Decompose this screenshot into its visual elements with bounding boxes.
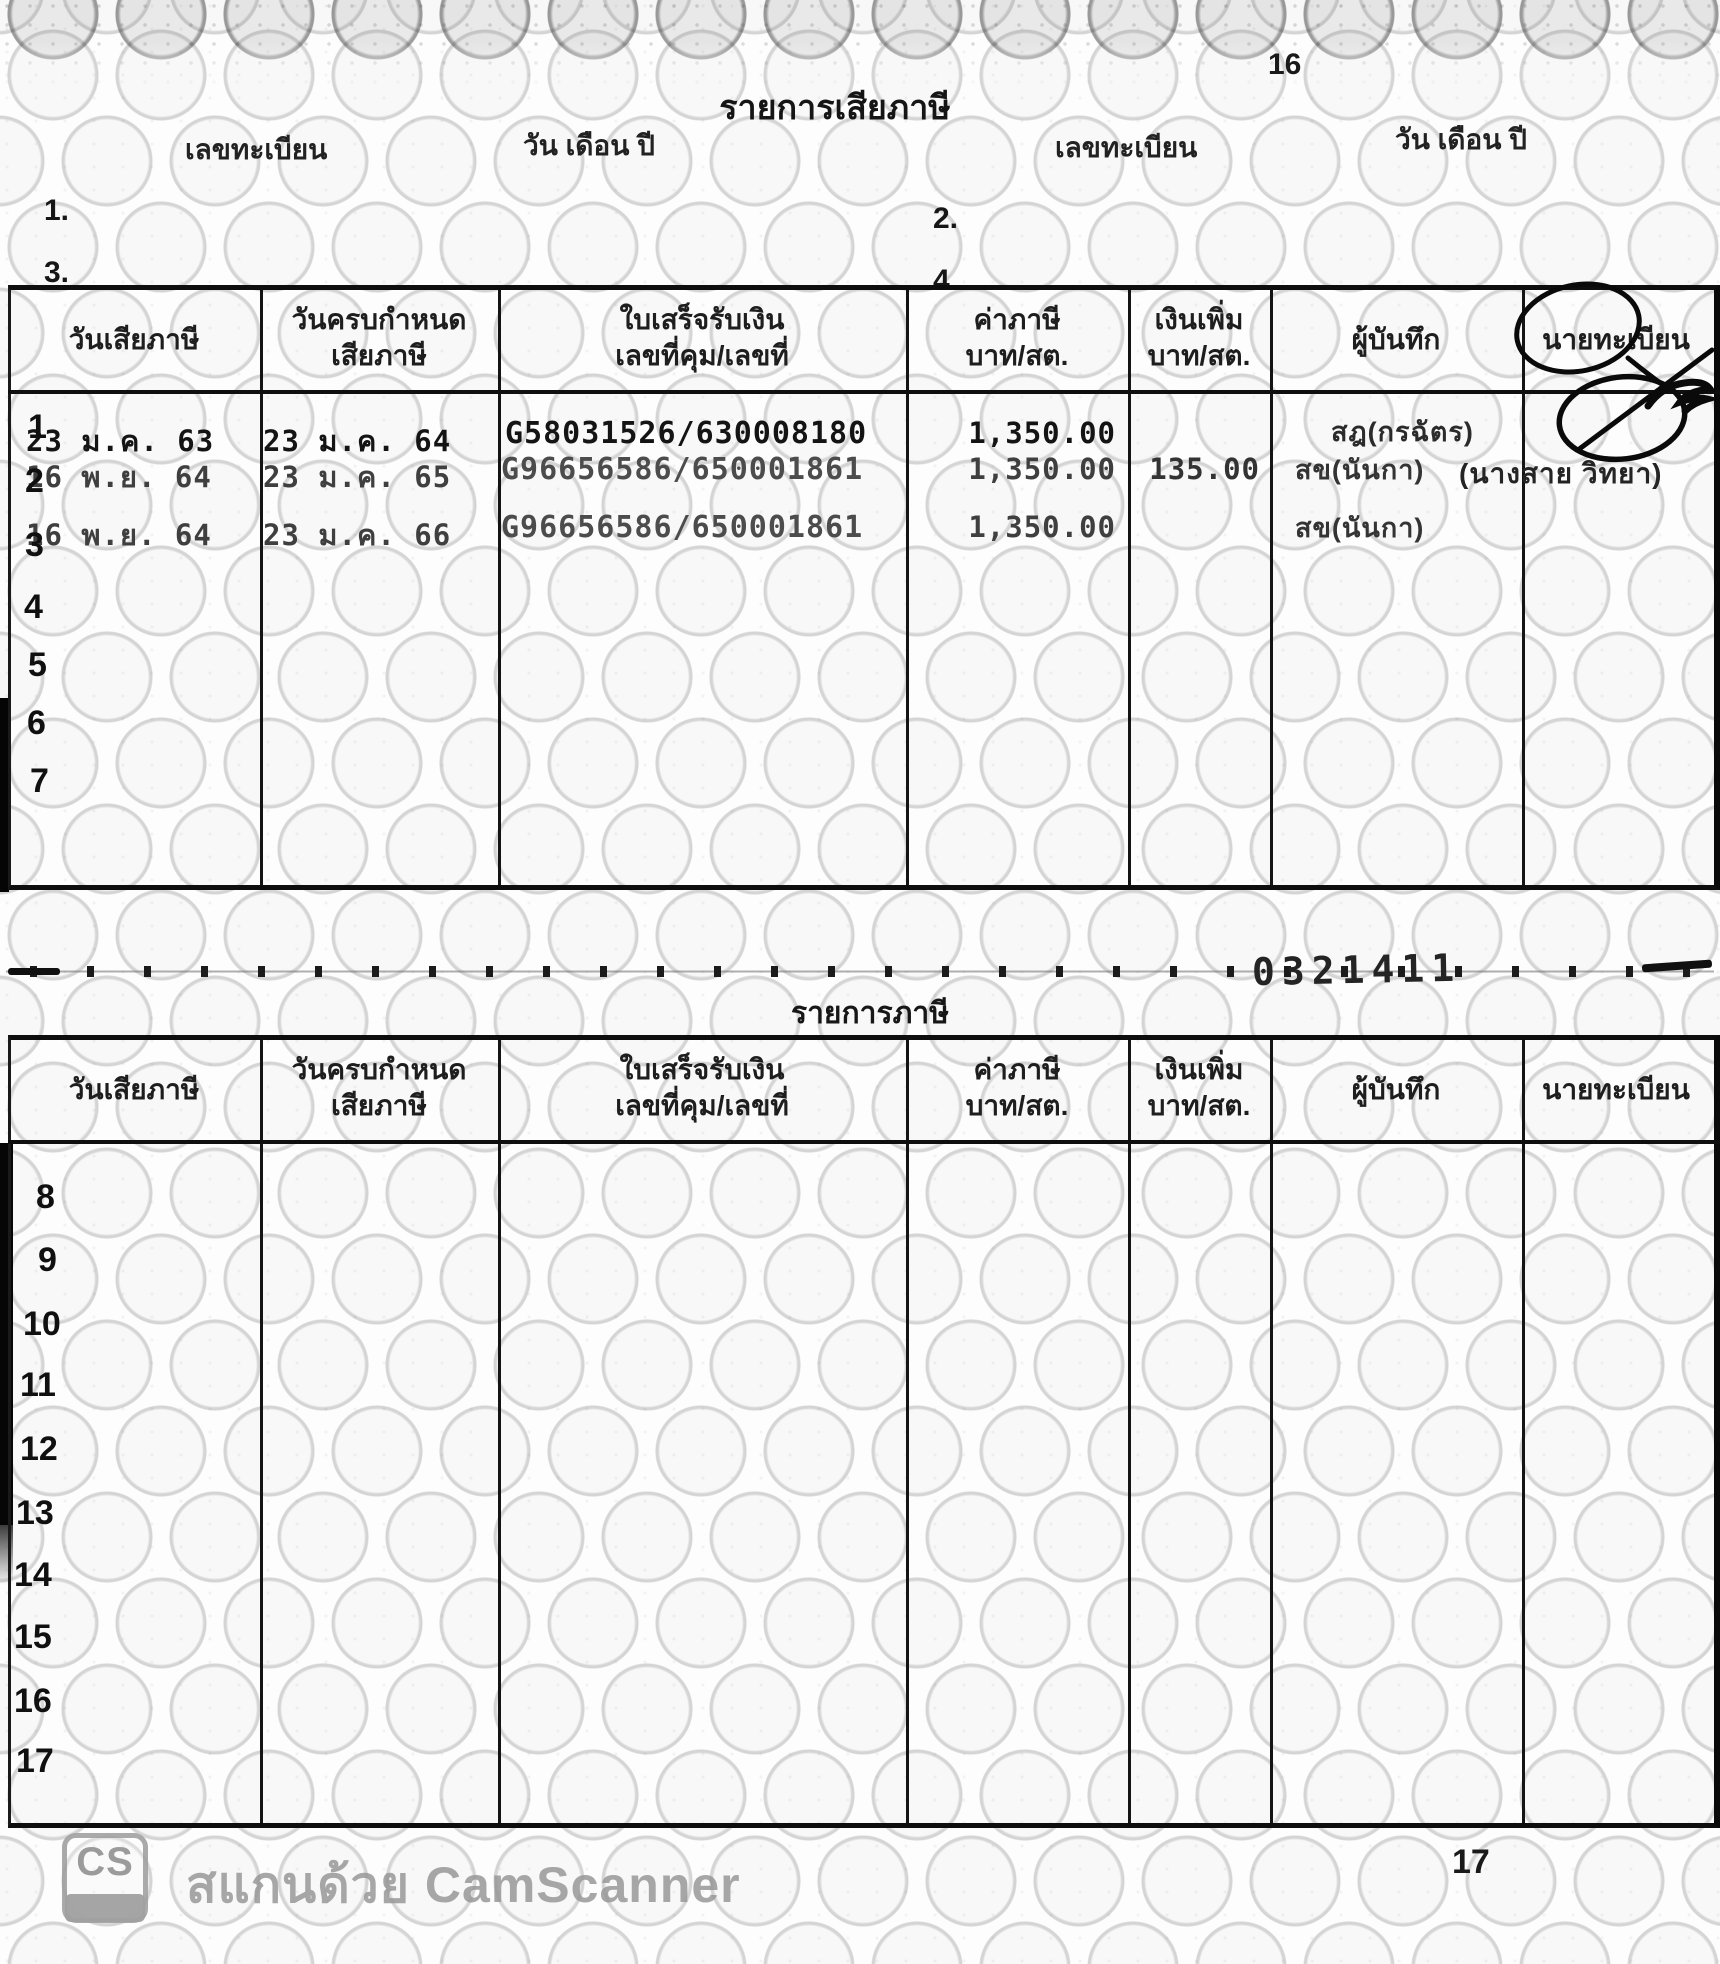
cell-receipt-no: G58031526/630008180: [505, 416, 867, 451]
row-number: 11: [20, 1366, 56, 1405]
column-header-tax: ค่าภาษี บาท/สต.: [917, 302, 1117, 375]
column-header-surcharge: เงินเพิ่ม บาท/สต.: [1124, 1052, 1274, 1125]
cell-recorder: สข(นันกา): [1295, 506, 1424, 549]
row-number: 9: [38, 1241, 57, 1280]
column-line: [906, 290, 909, 885]
row-number: 3: [25, 526, 44, 565]
document-stamp-number: 0321411: [1252, 946, 1462, 994]
column-line: [260, 290, 263, 885]
row-number: 16: [14, 1682, 52, 1721]
row-number: 10: [23, 1305, 61, 1344]
tax-table-bottom: วันเสียภาษี วันครบกำหนด เสียภาษี ใบเสร็จ…: [8, 1035, 1720, 1828]
row-number: 7: [30, 762, 49, 801]
column-line: [1522, 1040, 1525, 1823]
row-number: 14: [14, 1556, 52, 1595]
camscanner-watermark-text: สแกนด้วย CamScanner: [186, 1846, 741, 1925]
page-title: รายการเสียภาษี: [690, 80, 980, 134]
column-line: [1128, 1040, 1131, 1823]
bottom-page-number: 17: [1452, 1843, 1490, 1882]
camscanner-logo-icon: CS: [62, 1833, 148, 1923]
header-separator-line: [8, 1140, 1720, 1144]
cell-date-due: 23 ม.ค. 66: [263, 512, 451, 558]
column-header-tax: ค่าภาษี บาท/สต.: [917, 1052, 1117, 1125]
line-number-2: 2.: [933, 202, 958, 236]
cell-receipt-no: G96656586/650001861: [501, 452, 863, 487]
column-line: [1270, 290, 1273, 885]
column-header-registrar: นายทะเบียน: [1516, 1072, 1716, 1108]
camscanner-logo-letters: CS: [67, 1840, 143, 1885]
row-number: 13: [16, 1494, 54, 1533]
column-line: [260, 1040, 263, 1823]
row-number: 2: [25, 462, 44, 501]
column-header-date-paid: วันเสียภาษี: [14, 322, 254, 358]
header-separator-line: [8, 390, 1720, 394]
stitch-left-cap: [8, 968, 60, 975]
column-header-date-due: วันครบกำหนด เสียภาษี: [259, 1052, 499, 1125]
registrar-signature-scribble: [1490, 268, 1720, 478]
column-header-date-due: วันครบกำหนด เสียภาษี: [259, 302, 499, 375]
column-header-date-paid: วันเสียภาษี: [14, 1072, 254, 1108]
cell-surcharge: 135.00: [1105, 452, 1260, 486]
column-header-receipt: ใบเสร็จรับเงิน เลขที่คุม/เลขที่: [542, 1052, 862, 1125]
cell-recorder: สฎ(กรฉัตร): [1331, 410, 1474, 453]
line-number-1: 1.: [44, 194, 69, 228]
date-label-left: วัน เดือน ปี: [523, 124, 655, 168]
registration-label-right: เลขทะเบียน: [1055, 126, 1197, 170]
column-line: [498, 290, 501, 885]
cell-recorder: สข(นันกา): [1295, 448, 1424, 491]
top-page-number: 16: [1268, 48, 1301, 82]
column-line: [906, 1040, 909, 1823]
column-header-recorder: ผู้บันทึก: [1286, 1072, 1506, 1108]
tax-table-top: วันเสียภาษี วันครบกำหนด เสียภาษี ใบเสร็จ…: [8, 285, 1720, 890]
column-line: [1270, 1040, 1273, 1823]
cell-date-paid: 16 พ.ย. 64: [26, 512, 212, 558]
cell-receipt-no: G96656586/650001861: [501, 510, 863, 545]
row-number: 1: [28, 408, 47, 447]
section-title: รายการภาษี: [770, 990, 970, 1037]
row-number: 15: [14, 1618, 52, 1657]
column-line: [498, 1040, 501, 1823]
row-number: 8: [36, 1178, 55, 1217]
cell-tax-amount: 1,350.00: [861, 510, 1116, 544]
cell-tax-amount: 1,350.00: [861, 452, 1116, 486]
row-number: 6: [27, 704, 46, 743]
camscanner-logo-bar: [65, 1894, 145, 1922]
row-number: 4: [24, 588, 43, 627]
date-label-right: วัน เดือน ปี: [1395, 118, 1527, 162]
column-header-recorder: ผู้บันทึก: [1286, 322, 1506, 358]
row-number: 17: [16, 1742, 54, 1781]
column-header-receipt: ใบเสร็จรับเงิน เลขที่คุม/เลขที่: [542, 302, 862, 375]
cell-date-paid: 16 พ.ย. 64: [26, 454, 212, 500]
cell-tax-amount: 1,350.00: [861, 416, 1116, 450]
row-number: 12: [20, 1430, 58, 1469]
registration-label-left: เลขทะเบียน: [185, 128, 327, 172]
row-number: 5: [28, 646, 47, 685]
column-line: [1128, 290, 1131, 885]
cell-date-due: 23 ม.ค. 65: [263, 454, 451, 500]
column-header-surcharge: เงินเพิ่ม บาท/สต.: [1124, 302, 1274, 375]
page-top-edge-stamps: [0, 0, 1720, 92]
